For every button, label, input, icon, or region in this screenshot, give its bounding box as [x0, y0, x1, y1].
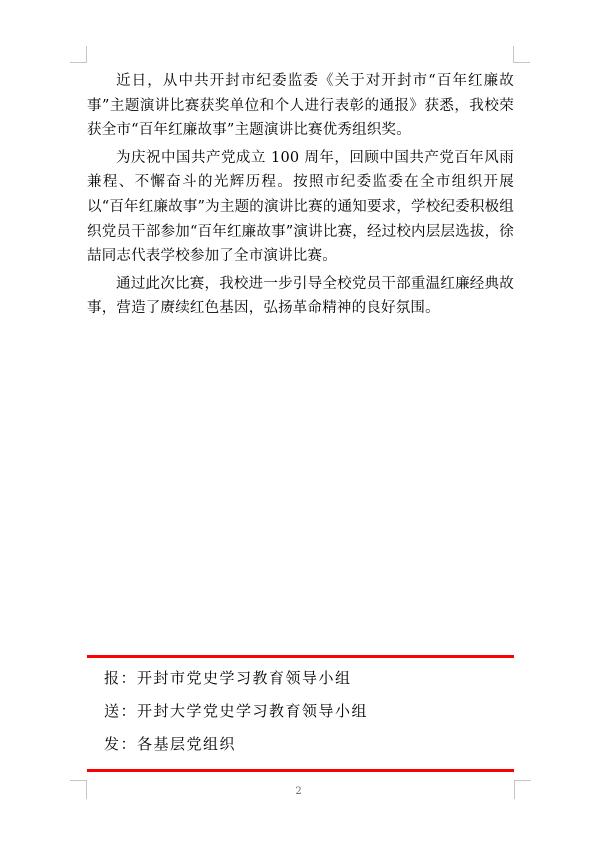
- body-paragraph-1: 近日，从中共开封市纪委监委《关于对开封市“百年红廉故事”主题演讲比赛获奖单位和个…: [87, 69, 514, 143]
- distribution-list: 报：开封市党史学习教育领导小组 送：开封大学党史学习教育领导小组 发：各基层党组…: [87, 662, 514, 761]
- footer-separator-line-top: [87, 655, 514, 658]
- footer-separator-line-bottom: [87, 769, 514, 772]
- distribution-line-issue: 发：各基层党组织: [87, 728, 514, 761]
- body-paragraph-3: 通过此次比赛，我校进一步引导全校党员干部重温红廉经典故事，营造了赓续红色基因，弘…: [87, 272, 514, 321]
- body-paragraph-2: 为庆祝中国共产党成立 100 周年，回顾中国共产党百年风雨兼程、不懈奋斗的光辉历…: [87, 146, 514, 269]
- margin-corner-mark-top-left: [70, 46, 87, 63]
- page-number: 2: [0, 786, 597, 797]
- document-body: 近日，从中共开封市纪委监委《关于对开封市“百年红廉故事”主题演讲比赛获奖单位和个…: [87, 69, 514, 324]
- document-page: 近日，从中共开封市纪委监委《关于对开封市“百年红廉故事”主题演讲比赛获奖单位和个…: [0, 0, 597, 842]
- distribution-line-report: 报：开封市党史学习教育领导小组: [87, 662, 514, 695]
- distribution-line-send: 送：开封大学党史学习教育领导小组: [87, 695, 514, 728]
- margin-corner-mark-top-right: [513, 46, 530, 63]
